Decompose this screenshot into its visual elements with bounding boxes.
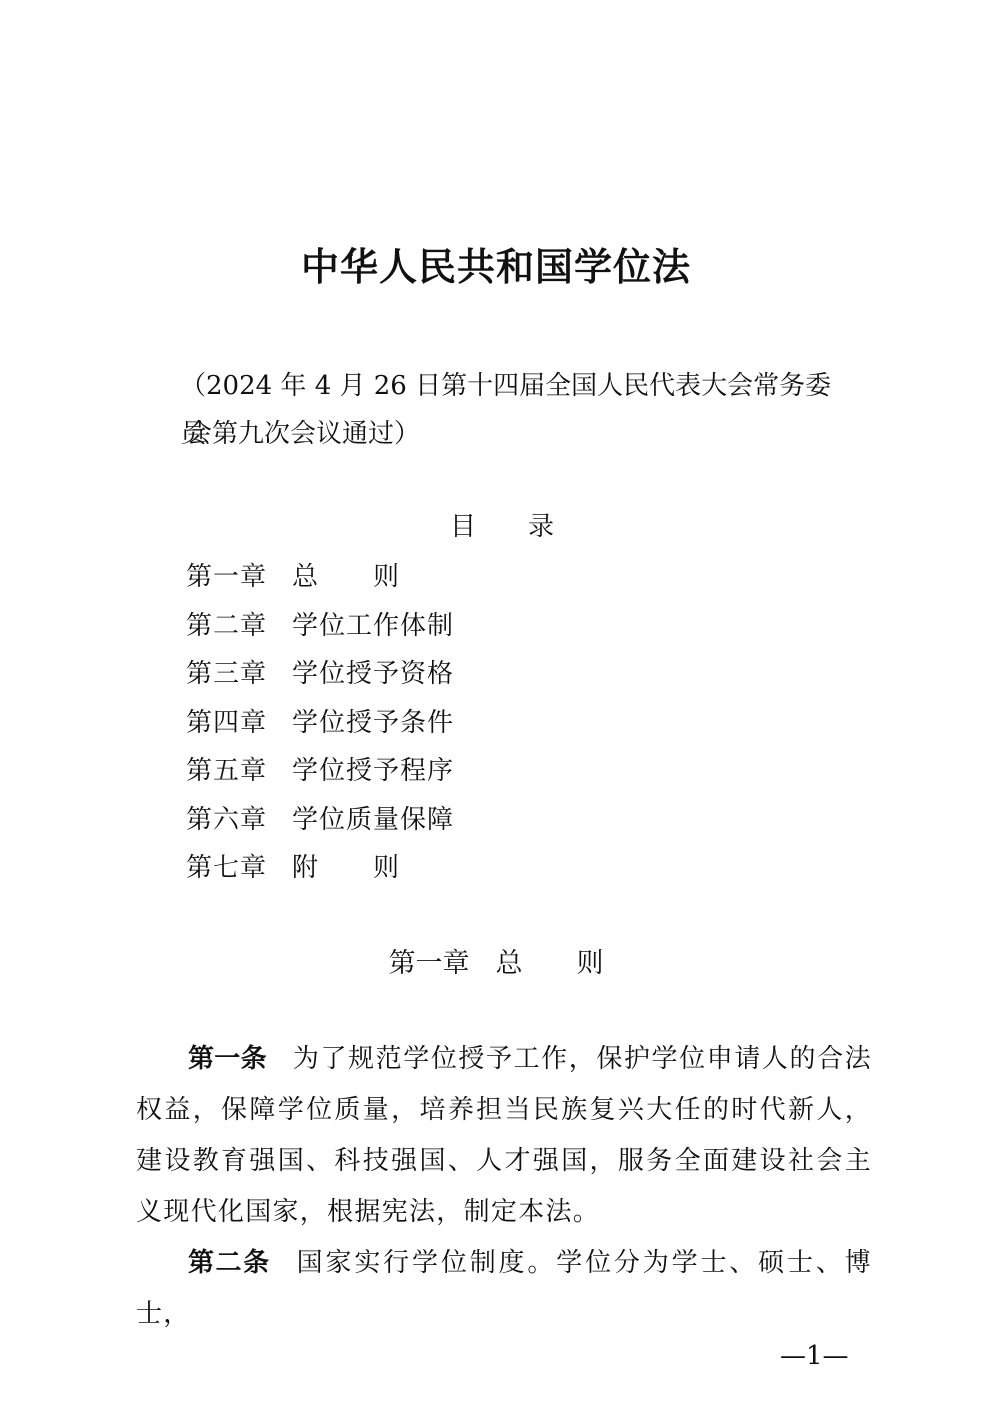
table-of-contents: 第一章总 则 第二章学位工作体制 第三章学位授予资格 第四章学位授予条件 第五章… xyxy=(186,553,454,893)
chapter-heading: 第一章总 则 xyxy=(0,940,992,988)
article-label: 第二条 xyxy=(188,1248,271,1278)
toc-chapter-number: 第五章 xyxy=(186,747,292,795)
document-page: 中华人民共和国学位法 （2024 年 4 月 26 日第十四届全国人民代表大会常… xyxy=(0,0,992,1403)
toc-item: 第六章学位质量保障 xyxy=(186,796,454,845)
toc-chapter-name: 学位工作体制 xyxy=(292,602,454,650)
toc-title-char: 目 xyxy=(450,505,476,549)
toc-chapter-number: 第四章 xyxy=(186,699,292,747)
toc-chapter-number: 第二章 xyxy=(186,602,292,650)
article-paragraph: 第二条国家实行学位制度。学位分为学士、硕士、博士， xyxy=(136,1238,872,1340)
chapter-name: 总 则 xyxy=(496,948,604,979)
article-paragraph: 第一条为了规范学位授予工作，保护学位申请人的合法权益，保障学位质量，培养担当民族… xyxy=(136,1034,872,1238)
toc-title: 目录 xyxy=(450,505,554,549)
chapter-number: 第一章 xyxy=(389,940,470,988)
toc-chapter-number: 第六章 xyxy=(186,796,292,844)
toc-chapter-name: 学位质量保障 xyxy=(292,796,454,844)
page-number: —1— xyxy=(780,1336,849,1376)
article-label: 第一条 xyxy=(188,1044,267,1074)
toc-chapter-number: 第七章 xyxy=(186,844,292,892)
toc-item: 第二章学位工作体制 xyxy=(186,602,454,651)
toc-item: 第三章学位授予资格 xyxy=(186,650,454,699)
toc-chapter-name: 总 则 xyxy=(292,553,400,601)
toc-chapter-name: 学位授予程序 xyxy=(292,747,454,795)
toc-item: 第四章学位授予条件 xyxy=(186,699,454,748)
toc-item: 第一章总 则 xyxy=(186,553,454,602)
toc-chapter-name: 学位授予条件 xyxy=(292,699,454,747)
toc-title-char: 录 xyxy=(528,505,554,549)
toc-chapter-name: 附 则 xyxy=(292,844,400,892)
document-title: 中华人民共和国学位法 xyxy=(0,236,992,291)
toc-item: 第五章学位授予程序 xyxy=(186,747,454,796)
adoption-note-line-2: 会第九次会议通过） xyxy=(186,410,846,458)
toc-chapter-number: 第一章 xyxy=(186,553,292,601)
toc-item: 第七章附 则 xyxy=(186,844,454,893)
toc-chapter-name: 学位授予资格 xyxy=(292,650,454,698)
toc-chapter-number: 第三章 xyxy=(186,650,292,698)
